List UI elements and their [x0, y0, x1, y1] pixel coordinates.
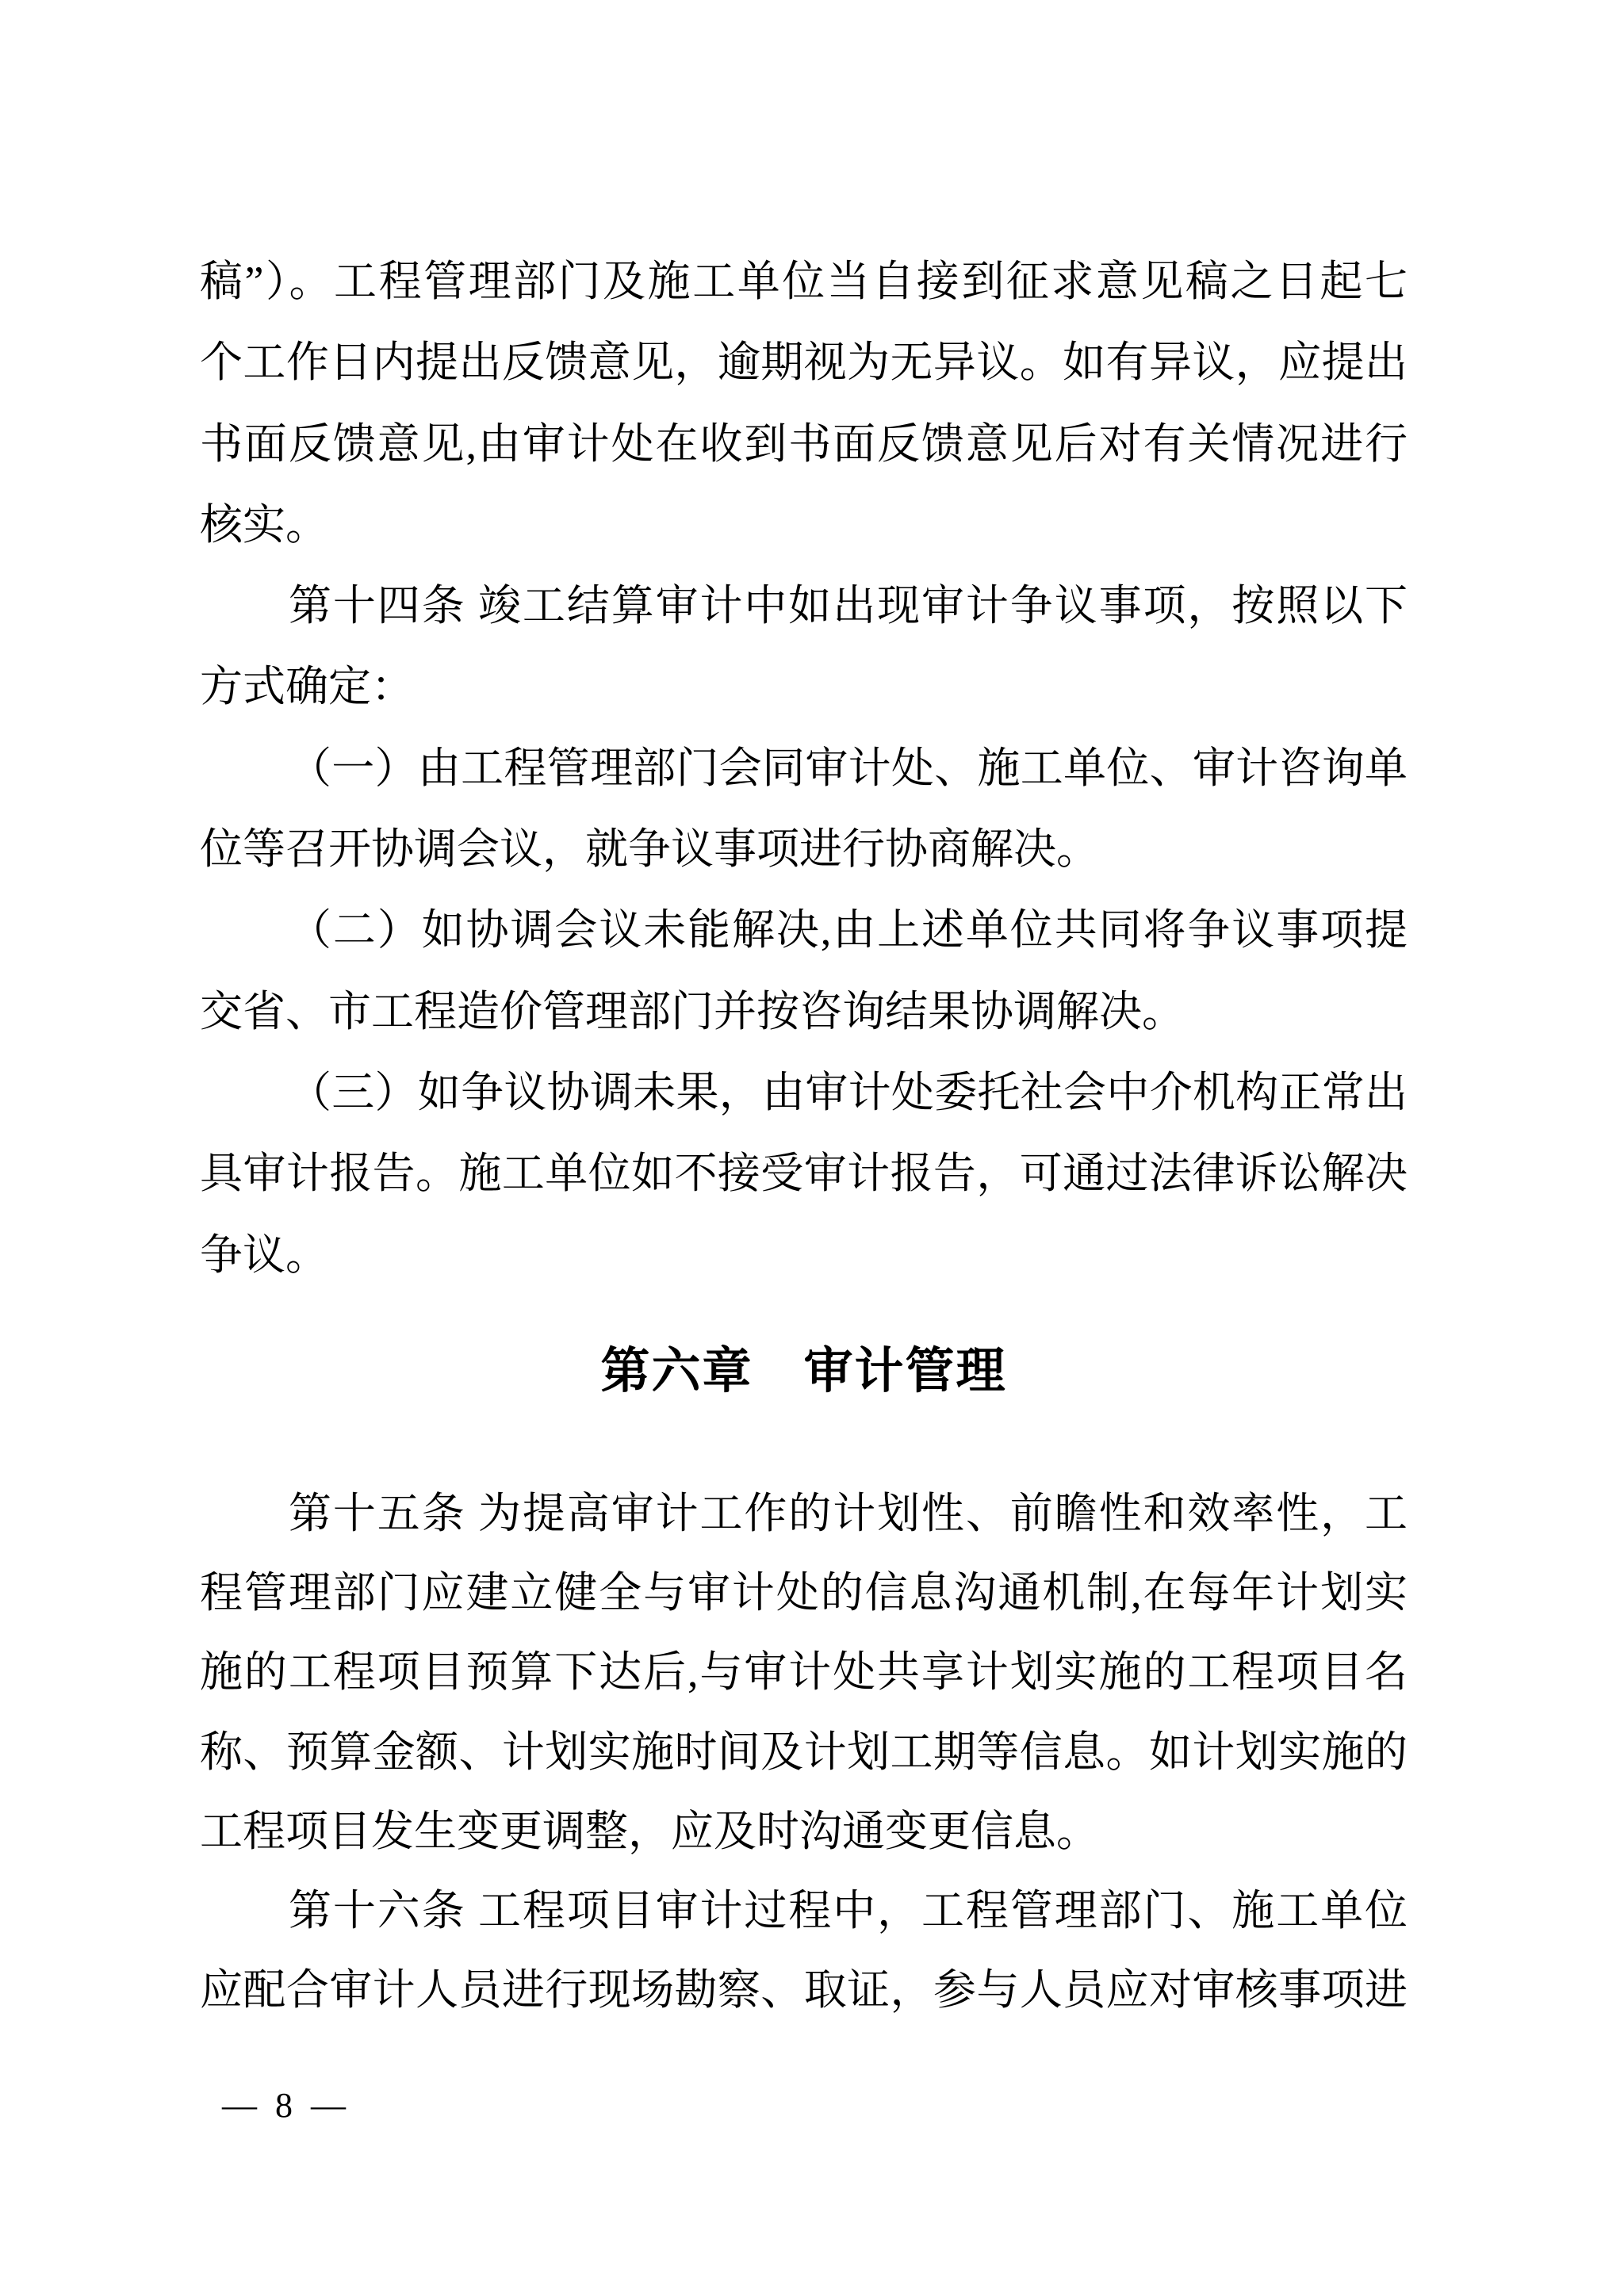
text-line: 工程项目发生变更调整，应及时沟通变更信息。: [200, 1792, 1408, 1871]
page-number: — 8 —: [222, 2085, 350, 2126]
body-text-lower: 第十五条 为提高审计工作的计划性、前瞻性和效率性，工程管理部门应建立健全与审计处…: [200, 1474, 1408, 2030]
text-line: 第十四条 竣工结算审计中如出现审计争议事项，按照以下: [200, 565, 1408, 646]
text-line: 位等召开协调会议，就争议事项进行协商解决。: [200, 809, 1408, 890]
text-line: 书面反馈意见,由审计处在收到书面反馈意见后对有关情况进行: [200, 404, 1408, 484]
text-line: 第十六条 工程项目审计过程中，工程管理部门、施工单位: [200, 1871, 1408, 1950]
text-line: （三）如争议协调未果，由审计处委托社会中介机构正常出: [200, 1052, 1408, 1133]
body-text-upper: 稿”）。工程管理部门及施工单位当自接到征求意见稿之日起七个工作日内提出反馈意见，…: [200, 241, 1408, 1295]
text-line: 应配合审计人员进行现场勘察、取证，参与人员应对审核事项进: [200, 1950, 1408, 2030]
text-line: 施的工程项目预算下达后,与审计处共享计划实施的工程项目名: [200, 1632, 1408, 1712]
chapter-heading: 第六章 审计管理: [200, 1340, 1408, 1403]
text-line: 争议。: [200, 1215, 1408, 1295]
text-line: （一）由工程管理部门会同审计处、施工单位、审计咨询单: [200, 728, 1408, 809]
text-line: 称、预算金额、计划实施时间及计划工期等信息。如计划实施的: [200, 1712, 1408, 1792]
text-line: 个工作日内提出反馈意见，逾期视为无异议。如有异议，应提出: [200, 322, 1408, 403]
text-line: 核实。: [200, 484, 1408, 565]
text-line: 交省、市工程造价管理部门并按咨询结果协调解决。: [200, 971, 1408, 1052]
text-line: 程管理部门应建立健全与审计处的信息沟通机制,在每年计划实: [200, 1553, 1408, 1632]
text-line: 第十五条 为提高审计工作的计划性、前瞻性和效率性，工: [200, 1474, 1408, 1553]
document-page: 稿”）。工程管理部门及施工单位当自接到征求意见稿之日起七个工作日内提出反馈意见，…: [0, 0, 1624, 2296]
text-line: （二）如协调会议未能解决,由上述单位共同将争议事项提: [200, 890, 1408, 970]
text-line: 具审计报告。施工单位如不接受审计报告，可通过法律诉讼解决: [200, 1133, 1408, 1214]
text-line: 方式确定：: [200, 646, 1408, 727]
text-line: 稿”）。工程管理部门及施工单位当自接到征求意见稿之日起七: [200, 241, 1408, 322]
